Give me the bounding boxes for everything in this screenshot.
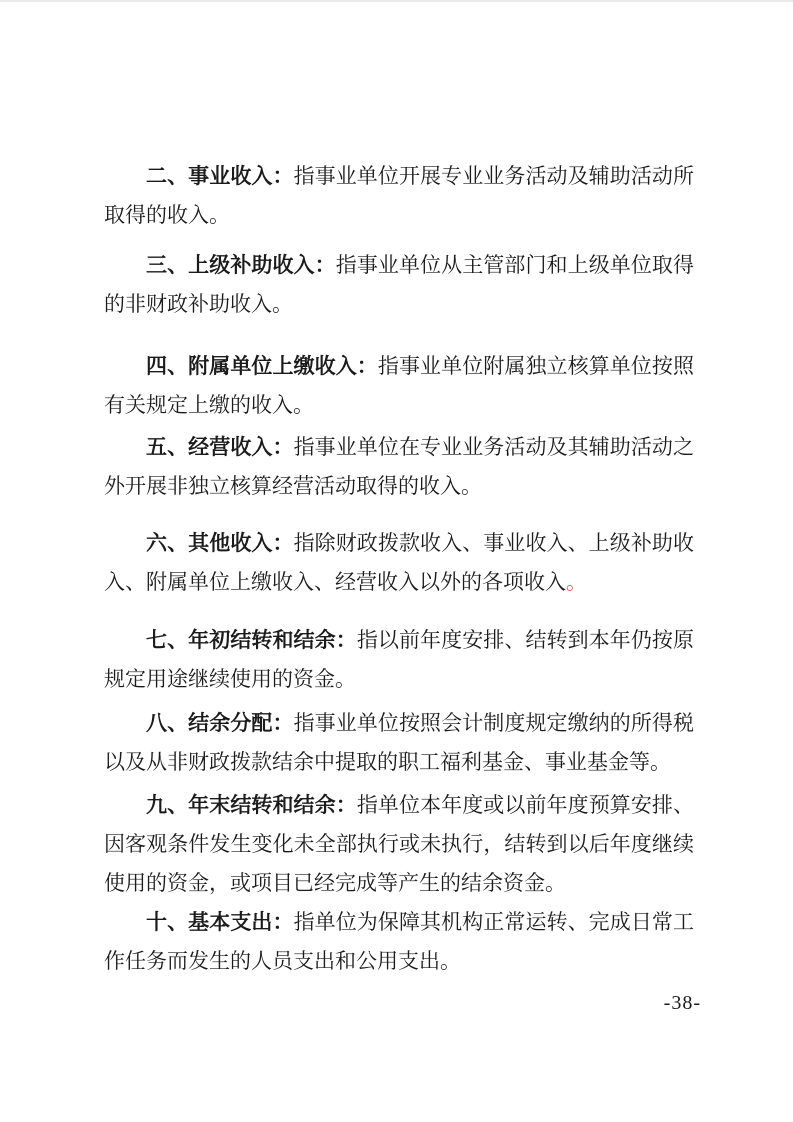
definition-item-9: 九、年末结转和结余：指单位本年度或以前年度预算安排、因客观条件发生变化未全部执行… (104, 786, 694, 903)
definition-item-3: 三、上级补助收入：指事业单位从主管部门和上级单位取得的非财政补助收入。 (104, 246, 694, 324)
term-label: 二、事业收入： (146, 165, 294, 188)
term-label: 七、年初结转和结余： (146, 629, 357, 652)
definition-item-10: 十、基本支出：指单位为保障其机构正常运转、完成日常工作任务而发生的人员支出和公用… (104, 903, 694, 981)
definition-item-8: 八、结余分配：指事业单位按照会计制度规定缴纳的所得税以及从非财政拨款结余中提取的… (104, 704, 694, 782)
definition-item-4: 四、附属单位上缴收入：指事业单位附属独立核算单位按照有关规定上缴的收入。 (104, 347, 694, 425)
term-label: 九、年末结转和结余： (146, 794, 357, 817)
red-period: 。 (566, 570, 587, 594)
term-label: 四、附属单位上缴收入： (146, 355, 378, 378)
scan-top-edge (0, 0, 793, 2)
definition-item-6: 六、其他收入：指除财政拨款收入、事业收入、上级补助收入、附属单位上缴收入、经营收… (104, 524, 694, 602)
term-label: 八、结余分配： (146, 712, 294, 735)
definition-item-5: 五、经营收入：指事业单位在专业业务活动及其辅助活动之外开展非独立核算经营活动取得… (104, 428, 694, 506)
term-label: 三、上级补助收入： (146, 254, 336, 277)
term-label: 五、经营收入： (146, 436, 294, 459)
definition-item-2: 二、事业收入：指事业单位开展专业业务活动及辅助活动所取得的收入。 (104, 157, 694, 235)
term-label: 十、基本支出： (146, 911, 294, 934)
term-label: 六、其他收入： (146, 532, 294, 555)
definition-item-7: 七、年初结转和结余：指以前年度安排、结转到本年仍按原规定用途继续使用的资金。 (104, 621, 694, 699)
page-number: -38- (664, 991, 701, 1015)
document-body: 二、事业收入：指事业单位开展专业业务活动及辅助活动所取得的收入。 三、上级补助收… (104, 157, 694, 981)
